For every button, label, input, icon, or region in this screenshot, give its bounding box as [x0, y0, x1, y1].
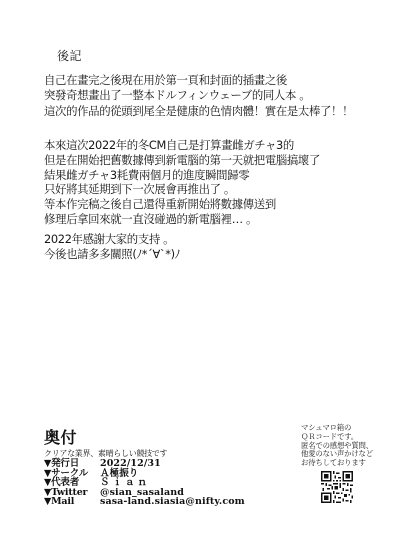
afterword-paragraph-1: 自己在畫完之後現在用於第一頁和封面的插畫之後 突發奇想畫出了一整本ドルフィンウェ…	[44, 73, 310, 103]
doujin-afterword-page: 後記 自己在畫完之後現在用於第一頁和封面的插畫之後 突發奇想畫出了一整本ドルフィ…	[0, 0, 400, 559]
text-line: 結果雌ガチャ3耗費兩個月的進度瞬間歸零	[44, 168, 320, 183]
colophon-row-mail: ▼Mail sasa-land.siasia@nifty.com	[44, 497, 245, 507]
text-line: 這次的作品的從頭到尾全是健康的色情肉體！實在是太棒了！！	[44, 104, 353, 119]
text-line: 2022年感謝大家的支持 。	[44, 232, 180, 247]
colophon: 奥付 クリアな業界、素晴らしい競技です ▼発行日 2022/12/31 ▼サーク…	[44, 428, 245, 507]
row-value: sasa-land.siasia@nifty.com	[100, 497, 245, 507]
text-line: 只好將其延期到下一次展會再推出了 。	[44, 182, 320, 197]
text-line: お待ちしております	[301, 459, 373, 468]
afterword-paragraph-3: 本來這次2022年的冬CM自己是打算畫雌ガチャ3的 但是在開始把舊數據傳到新電腦…	[44, 138, 320, 227]
text-line: 但是在開始把舊數據傳到新電腦的第一天就把電腦搞壞了	[44, 153, 320, 168]
colophon-title: 奥付	[44, 428, 245, 448]
qr-note: マシュマロ箱の ＱＲコードです。 匿名での感想や質問、 他愛のない声かけなど お…	[301, 424, 373, 468]
text-line: 自己在畫完之後現在用於第一頁和封面的插畫之後	[44, 73, 310, 88]
text-line: 修理后拿回來就一直沒碰過的新電腦裡… 。	[44, 212, 320, 227]
afterword-paragraph-2: 這次的作品的從頭到尾全是健康的色情肉體！實在是太棒了！！	[44, 104, 353, 119]
row-label: ▼Mail	[44, 497, 100, 507]
text-line: 突發奇想畫出了一整本ドルフィンウェーブ的同人本 。	[44, 88, 310, 103]
afterword-title: 後記	[57, 49, 82, 63]
text-line: 今後也請多多關照(ﾉ*´∀`*)ﾉ	[44, 247, 180, 262]
qr-code-icon	[321, 471, 353, 503]
afterword-paragraph-4: 2022年感謝大家的支持 。 今後也請多多關照(ﾉ*´∀`*)ﾉ	[44, 232, 180, 262]
text-line: 本來這次2022年的冬CM自己是打算畫雌ガチャ3的	[44, 138, 320, 153]
text-line: 等本作完稿之後自己還得重新開始將數據傳送到	[44, 197, 320, 212]
